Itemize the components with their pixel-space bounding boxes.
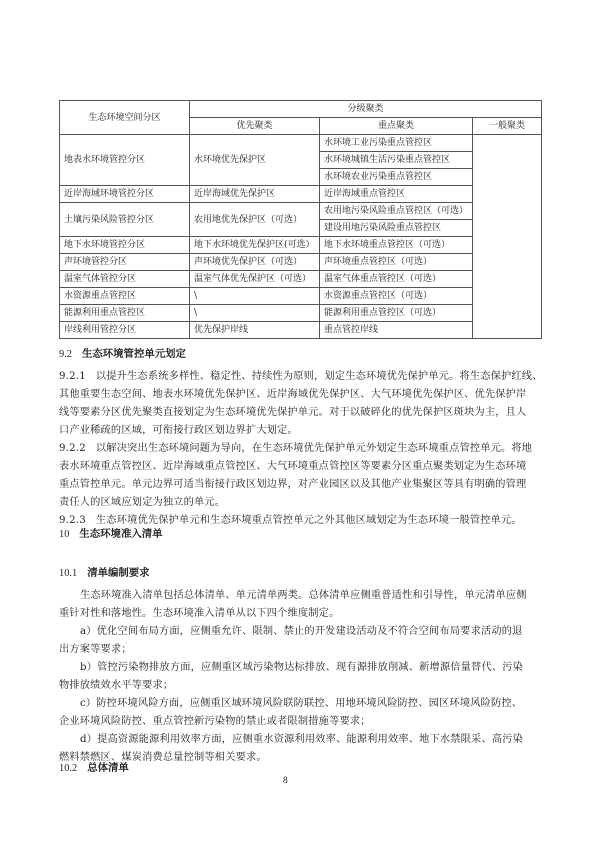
key-cell: 能源利用重点管控区（可选）: [320, 305, 473, 322]
table-row: 水资源重点管控区 \ 水资源重点管控区（可选）: [60, 288, 542, 305]
intro-line: 重针对性和落地性。生态环境准入清单从以下四个维度制定。: [59, 605, 541, 623]
clause-number: 9.2.1: [59, 368, 86, 386]
header-grouping: 分级聚类: [190, 101, 542, 118]
zone-cell: 地下水环境管控分区: [60, 237, 190, 254]
key-cell: 建设用地污染风险重点管控区: [320, 220, 473, 237]
item-a-line: a）优化空间布局方面，应侧重允许、限制、禁止的开发建设活动及不符合空间布局要求活…: [59, 623, 541, 641]
header-general: 一般聚类: [473, 118, 542, 135]
clause-9-2-2-line: 9.2.2以解决突出生态环境问题为导向，在生态环境优先保护单元外划定生态环境重点…: [59, 440, 541, 458]
section-heading-10-2: 10.2总体清单: [59, 759, 129, 778]
table-row: 声环境管控分区 声环境优先保护区（可选） 声环境重点管控区（可选）: [60, 254, 542, 271]
document-page: 生态环境空间分区 分级聚类 优先聚类 重点聚类 一般聚类 地表水环境管控分区 水…: [0, 0, 600, 848]
zoning-classification-table: 生态环境空间分区 分级聚类 优先聚类 重点聚类 一般聚类 地表水环境管控分区 水…: [59, 100, 542, 339]
item-d-line: 燃料禁燃区、煤炭消费总量控制等相关要求。: [59, 749, 541, 767]
key-cell: 水资源重点管控区（可选）: [320, 288, 473, 305]
table-header-row: 生态环境空间分区 分级聚类: [60, 101, 542, 118]
item-b-line: 物排放绩效水平等要求；: [59, 677, 541, 695]
priority-cell: \: [190, 305, 320, 322]
zone-cell: 地表水环境管控分区: [60, 135, 190, 186]
item-c-line: c）防控环境风险方面，应侧重区域环境风险联防联控、用地环境风险防控、园区环境风险…: [59, 695, 541, 713]
section-number: 10: [59, 526, 69, 544]
header-priority: 优先聚类: [190, 118, 320, 135]
clause-text: 以提升生态系统多样性、稳定性、持续性为原则，划定生态环境优先保护单元。将生态保护…: [96, 371, 543, 382]
priority-cell: 地下水环境优先保护区(可选）: [190, 237, 320, 254]
key-cell: 声环境重点管控区（可选）: [320, 254, 473, 271]
clause-9-2-2-line: 重点管控单元。单元边界可适当衔接行政区划边界，对产业园区以及其他产业集聚区等具有…: [59, 476, 541, 494]
header-zone: 生态环境空间分区: [60, 101, 190, 135]
priority-cell: 优先保护岸线: [190, 322, 320, 339]
priority-cell: 水环境优先保护区: [190, 135, 320, 186]
priority-cell: 近岸海域优先保护区: [190, 186, 320, 203]
section-heading-10: 10生态环境准入清单: [59, 525, 163, 544]
zone-cell: 土壤污染风险管控分区: [60, 203, 190, 237]
table-row: 地表水环境管控分区 水环境优先保护区 水环境工业污染重点管控区: [60, 135, 542, 152]
key-cell: 水环境城镇生活污染重点管控区: [320, 152, 473, 169]
priority-cell: 温室气体优先保护区（可选）: [190, 271, 320, 288]
section-title: 总体清单: [87, 762, 129, 774]
item-d-line: d）提高资源能源利用效率方面，应侧重水资源利用效率、能源利用效率、地下水禁限采、…: [59, 731, 541, 749]
key-cell: 农用地污染风险重点管控区（可选）: [320, 203, 473, 220]
priority-cell: 农用地优先保护区（可选）: [190, 203, 320, 237]
zone-cell: 温室气体管控分区: [60, 271, 190, 288]
page-number: 8: [283, 776, 288, 786]
section-heading-9-2: 9.2生态环境管控单元划定: [59, 345, 186, 364]
clause-9-2-1-line: 线等要素分区优先聚类直接划定为生态环境优先保护单元。对于以破碎化的优先保护区斑块…: [59, 404, 541, 422]
clause-9-2-1-line: 9.2.1以提升生态系统多样性、稳定性、持续性为原则，划定生态环境优先保护单元。…: [59, 368, 541, 386]
section-number: 10.2: [59, 760, 77, 778]
key-cell: 近岸海域重点管控区: [320, 186, 473, 203]
general-cell: [473, 135, 542, 339]
section-title: 清单编制要求: [87, 567, 149, 579]
clause-9-2-1-line: 其他重要生态空间、地表水环境优先保护区、近岸海域优先保护区、大气环境优先保护区、…: [59, 386, 541, 404]
zone-cell: 能源利用重点管控区: [60, 305, 190, 322]
key-cell: 重点管控岸线: [320, 322, 473, 339]
key-cell: 温室气体重点管控区（可选）: [320, 271, 473, 288]
priority-cell: 声环境优先保护区（可选）: [190, 254, 320, 271]
item-b-line: b）管控污染物排放方面，应侧重区域污染物达标排放、现有源排放削减、新增源倍量替代…: [59, 659, 541, 677]
clause-9-2-2-line: 表水环境重点管控区、近岸海域重点管控区、大气环境重点管控区等要素分区重点聚类划定…: [59, 458, 541, 476]
section-heading-10-1: 10.1清单编制要求: [59, 564, 150, 583]
table-row: 近岸海域环境管控分区 近岸海域优先保护区 近岸海域重点管控区: [60, 186, 542, 203]
priority-cell: \: [190, 288, 320, 305]
table-row: 地下水环境管控分区 地下水环境优先保护区(可选） 地下水环境重点管控区（可选）: [60, 237, 542, 254]
item-c-line: 企业环境风险防控、重点管控新污染物的禁止或者限制措施等要求；: [59, 713, 541, 731]
section-number: 10.1: [59, 565, 77, 583]
zone-cell: 水资源重点管控区: [60, 288, 190, 305]
zone-cell: 岸线利用管控分区: [60, 322, 190, 339]
zone-cell: 声环境管控分区: [60, 254, 190, 271]
table-row: 温室气体管控分区 温室气体优先保护区（可选） 温室气体重点管控区（可选）: [60, 271, 542, 288]
section-number: 9.2: [59, 346, 72, 364]
clause-9-2-1-line: 口产业稀疏的区域，可衔接行政区划边界扩大划定。: [59, 422, 541, 440]
key-cell: 水环境工业污染重点管控区: [320, 135, 473, 152]
table-row: 岸线利用管控分区 优先保护岸线 重点管控岸线: [60, 322, 542, 339]
item-a-line: 出方案等要求；: [59, 641, 541, 659]
key-cell: 地下水环境重点管控区（可选）: [320, 237, 473, 254]
clause-9-2-2-line: 责任人的区域应划定为独立的单元。: [59, 494, 541, 512]
table-row: 能源利用重点管控区 \ 能源利用重点管控区（可选）: [60, 305, 542, 322]
key-cell: 水环境农业污染重点管控区: [320, 169, 473, 186]
clause-text: 以解决突出生态环境问题为导向，在生态环境优先保护单元外划定生态环境重点管控单元。…: [96, 443, 532, 454]
clause-number: 9.2.2: [59, 440, 86, 458]
section-title: 生态环境管控单元划定: [82, 348, 186, 360]
header-key: 重点聚类: [320, 118, 473, 135]
intro-line: 生态环境准入清单包括总体清单、单元清单两类。总体清单应侧重普适性和引导性，单元清…: [59, 587, 541, 605]
zone-cell: 近岸海域环境管控分区: [60, 186, 190, 203]
section-title: 生态环境准入清单: [79, 528, 162, 540]
table-row: 土壤污染风险管控分区 农用地优先保护区（可选） 农用地污染风险重点管控区（可选）: [60, 203, 542, 220]
